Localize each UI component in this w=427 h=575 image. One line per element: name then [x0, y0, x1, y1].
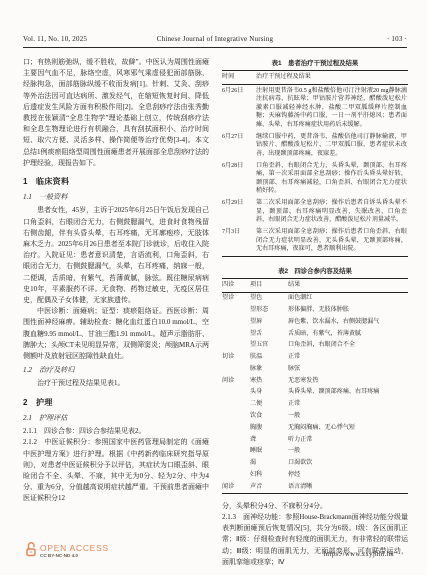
- table-row: 头身头昏头晕、颞顶部疼痛、右耳疼痛: [222, 387, 408, 399]
- subsection-treatment-outcome: 1.2 治疗及转归: [23, 365, 209, 376]
- table-row: 二便正常: [222, 399, 408, 411]
- t2-item: 寒热: [250, 375, 288, 387]
- t2-result: 舌质暗，有紫气，苔薄黄腻: [288, 328, 408, 340]
- t2-result: 听力正常: [288, 434, 408, 446]
- t2-item: 聋: [250, 434, 288, 446]
- t2-result: 口角歪斜，右眼闭合不全: [288, 340, 408, 352]
- t2-item: 声音: [250, 481, 288, 493]
- table-row: 6月29日 第二次采用面部全息刮痧；操作后患者自诉头昏头晕不显，颞顶部、右耳疼痛…: [222, 198, 408, 227]
- t2-cat: [222, 328, 250, 340]
- t2-result: 语言清晰: [288, 481, 408, 493]
- facial-nerve-function-paragraph: 2.1.3 面神经功能：参照House-Brackmann面神经功能分级量表判断…: [222, 512, 408, 568]
- t2-result: 脉弦: [288, 363, 408, 375]
- table-row: 7月3日 第三次采用面部全息刮痧；操作后患者口角歪斜、右眼闭合无力症状明显改善，…: [222, 227, 408, 256]
- table2-col-item: 项目: [250, 278, 288, 292]
- t2-result: 口渴欲饮: [288, 458, 408, 470]
- table-row: 妇科停经: [222, 469, 408, 481]
- t2-cat: 闻诊: [222, 481, 250, 493]
- table1-row3-content: 第二次采用面部全息刮痧；操作后患者自诉头昏头晕不显，颞顶部、右耳疼痛明显改善，失…: [256, 198, 408, 227]
- t2-item: 望色: [250, 292, 288, 304]
- table-row: 聋听力正常: [222, 434, 408, 446]
- table1-row3-date: 6月29日: [222, 198, 256, 227]
- table-row: 渴口渴欲饮: [222, 458, 408, 470]
- t2-item: 肤温: [250, 351, 288, 363]
- t2-result: 唇色紫，饮水漏水，右侧鼓腮漏气: [288, 316, 408, 328]
- open-access-label: OPEN ACCESS: [40, 544, 109, 553]
- t2-result: 正常: [288, 399, 408, 411]
- t2-item: 望五官: [250, 340, 288, 352]
- t2-cat: [222, 458, 250, 470]
- journal-page: Vol. 11, No. 10, 2025 Chinese Journal of…: [0, 0, 427, 575]
- journal-title: Chinese Journal of Integrative Nursing: [23, 35, 407, 43]
- table-row: 问诊寒热无恶寒发热: [222, 375, 408, 387]
- table1-col-content: 治疗干预过程及结果: [256, 71, 408, 85]
- table1-header-row: 时间 治疗干预过程及结果: [222, 71, 408, 85]
- table-row: 6月27日 继续口服中药，更昔洛韦、盐酸倍他司汀静脉输液，甲钴胺片、醋酸泼尼松片…: [222, 131, 408, 160]
- t2-item: 头身: [250, 387, 288, 399]
- score-continuation-paragraph: 分，头晕积分4分、不寐积分4分。: [222, 501, 408, 512]
- t2-item: 望唇: [250, 316, 288, 328]
- table2-col-method: 四诊: [222, 278, 250, 292]
- t2-item: 望形态: [250, 304, 288, 316]
- t2-result: 形体偏胖、无肢体肿胀: [288, 304, 408, 316]
- general-data-paragraph-2: 中医诊断：面瘫病；证型：痰瘀阻络证。西医诊断：周围性面神经麻痹。辅助检查：糖化血…: [23, 306, 209, 362]
- t2-item: 望舌: [250, 328, 288, 340]
- t2-cat: [222, 469, 250, 481]
- table1-title: 表1 患者治疗干预过程及结果: [222, 58, 408, 67]
- t2-result: 一般: [288, 446, 408, 458]
- t2-cat: 切诊: [222, 351, 250, 363]
- t2-cat: [222, 304, 250, 316]
- table-row: 望唇唇色紫，饮水漏水，右侧鼓腮漏气: [222, 316, 408, 328]
- t2-item: 二便: [250, 399, 288, 411]
- table2-header-row: 四诊 项目 结果: [222, 278, 408, 292]
- t2-item: 胸腹: [250, 422, 288, 434]
- table-row: 饮食一般: [222, 410, 408, 422]
- t2-item: 饮食: [250, 410, 288, 422]
- table-row: 胸腹无胸闷胸痛、无心悸气短: [222, 422, 408, 434]
- four-diagnostics-paragraph: 2.1.1 四诊合参：四诊合参结果见表2。: [23, 426, 209, 437]
- t2-result: 无胸闷胸痛、无心悸气短: [288, 422, 408, 434]
- t2-result: 一般: [288, 410, 408, 422]
- t2-cat: 问诊: [222, 375, 250, 387]
- table1-row0-content: 注射用更昔洛韦0.5 g和盐酸倍他司汀注射液20 mg静脉滴注抗病毒、抗眩晕；甲…: [256, 84, 408, 131]
- table1-col-time: 时间: [222, 71, 256, 85]
- table1-row4-date: 7月3日: [222, 227, 256, 256]
- table1-row2-content: 口角歪斜，右眼闭合无力，头昏头晕，颞顶部、右耳疼痛，第一次采用面部全息刮痧；操作…: [256, 160, 408, 198]
- t2-cat: [222, 363, 250, 375]
- t2-cat: [222, 399, 250, 411]
- t2-cat: [222, 340, 250, 352]
- t2-result: 正常: [288, 351, 408, 363]
- t2-result: 无恶寒发热: [288, 375, 408, 387]
- open-access-badge: OPEN ACCESS CC BY-NC-ND 4.0: [25, 541, 109, 562]
- table-row: 望五官口角歪斜，右眼闭合不全: [222, 340, 408, 352]
- t2-result: 停经: [288, 469, 408, 481]
- t2-cat: 望诊: [222, 292, 250, 304]
- t2-result: 头昏头晕、颞顶部疼痛、右耳疼痛: [288, 387, 408, 399]
- subsection-nursing-assessment: 2.1 护理评估: [23, 413, 209, 424]
- table-row: 闻诊声音语言清晰: [222, 481, 408, 493]
- table1-row1-content: 继续口服中药，更昔洛韦、盐酸倍他司汀静脉输液，甲钴胺片、醋酸泼尼松片、二甲双胍口…: [256, 131, 408, 160]
- table-row: 望诊望色面色潮红: [222, 292, 408, 304]
- open-lock-icon: [25, 541, 37, 562]
- section-heading-clinical-data: 1 临床资料: [23, 176, 209, 187]
- left-column: 口；有热则筋弛纵，缓不胜收，故僻”。中医认为周围性面瘫主要因气血不足，脉络空虚，…: [23, 57, 209, 568]
- table-row: 6月26日 注射用更昔洛韦0.5 g和盐酸倍他司汀注射液20 mg静脉滴注抗病毒…: [222, 84, 408, 131]
- table2-col-result: 结果: [288, 278, 408, 292]
- right-column: 表1 患者治疗干预过程及结果 时间 治疗干预过程及结果 6月26日 注射用更昔洛…: [222, 57, 408, 568]
- table1-row2-date: 6月28日: [222, 160, 256, 198]
- table-row: 切诊肤温正常: [222, 351, 408, 363]
- table1-row4-content: 第三次采用面部全息刮痧；操作后患者口角歪斜、右眼闭合无力症状明显改善，无头昏头晕…: [256, 227, 408, 256]
- table-row: 6月28日 口角歪斜，右眼闭合无力，头昏头晕，颞顶部、右耳疼痛，第一次采用面部全…: [222, 160, 408, 198]
- license-label: CC BY-NC-ND 4.0: [40, 553, 109, 559]
- table2-title: 表2 四诊合参内容及结果: [222, 266, 408, 275]
- treatment-outcome-paragraph: 治疗干预过程及结果见表1。: [23, 378, 209, 389]
- treatment-process-table: 时间 治疗干预过程及结果 6月26日 注射用更昔洛韦0.5 g和盐酸倍他司汀注射…: [222, 70, 408, 257]
- t2-cat: [222, 422, 250, 434]
- general-data-paragraph-1: 患者女性，45岁，主诉于2025年6月25日午饭后发现自己口角歪斜，右眼闭合无力…: [23, 205, 209, 306]
- table1-row0-date: 6月26日: [222, 84, 256, 131]
- table-row: 睡眠一般: [222, 446, 408, 458]
- t2-item: 脉象: [250, 363, 288, 375]
- table1-row1-date: 6月27日: [222, 131, 256, 160]
- running-head: Vol. 11, No. 10, 2025 Chinese Journal of…: [23, 35, 407, 48]
- t2-item: 妇科: [250, 469, 288, 481]
- journal-url-link[interactable]: https://www.zxyjhhl.hk: [324, 551, 394, 558]
- t2-cat: [222, 387, 250, 399]
- subsection-general-data: 1.1 一般资料: [23, 192, 209, 203]
- t2-cat: [222, 410, 250, 422]
- tcm-syndrome-score-paragraph: 2.1.2 中医证候积分：参照国家中医药管理局制定的《面瘫中医护理方案》进行护理…: [23, 437, 209, 504]
- four-diagnostics-table: 四诊 项目 结果 望诊望色面色潮红 望形态形体偏胖、无肢体肿胀 望唇唇色紫，饮水…: [222, 278, 408, 494]
- table-row: 望形态形体偏胖、无肢体肿胀: [222, 304, 408, 316]
- table-row: 望舌舌质暗，有紫气，苔薄黄腻: [222, 328, 408, 340]
- intro-paragraph-continued: 口；有热则筋弛纵，缓不胜收，故僻”。中医认为周围性面瘫主要因气血不足，脉络空虚，…: [23, 57, 209, 169]
- t2-item: 渴: [250, 458, 288, 470]
- t2-cat: [222, 434, 250, 446]
- two-column-body: 口；有热则筋弛纵，缓不胜收，故僻”。中医认为周围性面瘫主要因气血不足，脉络空虚，…: [23, 57, 408, 568]
- t2-cat: [222, 316, 250, 328]
- section-heading-nursing: 2 护理: [23, 397, 209, 408]
- table-row: 脉象脉弦: [222, 363, 408, 375]
- t2-result: 面色潮红: [288, 292, 408, 304]
- t2-item: 睡眠: [250, 446, 288, 458]
- t2-cat: [222, 446, 250, 458]
